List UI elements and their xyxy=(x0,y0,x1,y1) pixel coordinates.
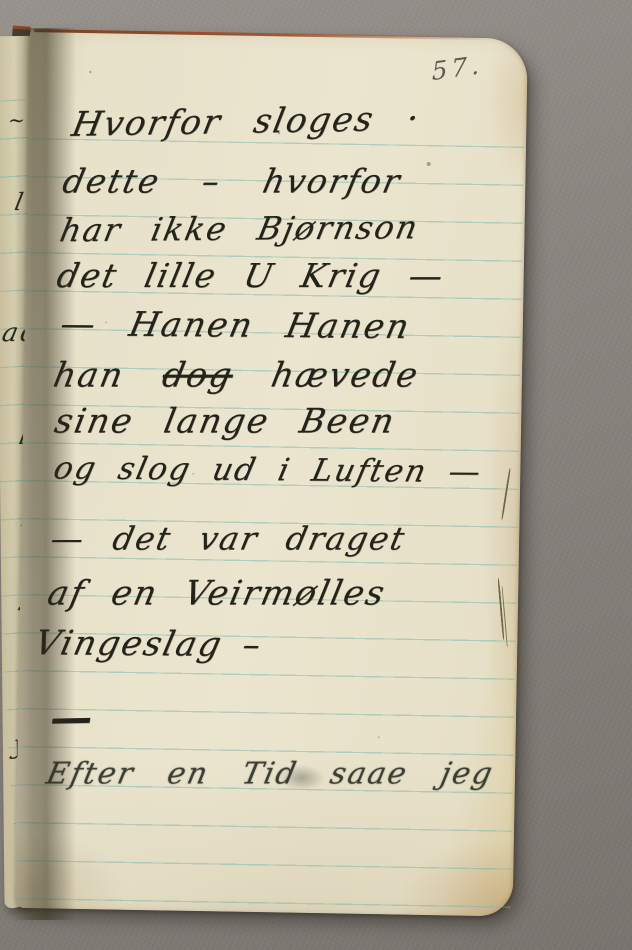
handwriting-line-4: det lille U Krig — xyxy=(54,256,449,295)
handwriting-word: hævede xyxy=(268,356,423,396)
handwriting-line-7: sine lange Been xyxy=(51,401,399,441)
photo-background: ~ l ad l - - y 57. Hvorfor sloges · dett… xyxy=(0,0,632,950)
handwriting-line-2: dette – hvorfor xyxy=(59,162,405,201)
handwriting-line-11: Vingeslag – xyxy=(31,623,267,665)
handwriting-dash: — xyxy=(50,692,95,742)
handwriting-line-5: — Hanen Hanen xyxy=(57,304,414,347)
handwriting-word: han xyxy=(50,356,128,396)
handwriting-line-6: han dog hævede xyxy=(50,356,423,396)
handwriting-line-10: af en Veirmølles xyxy=(44,573,390,613)
handwriting-line-8: og slog ud i Luften — xyxy=(50,450,486,490)
handwriting-line-13: Efter en Tid saae jeg xyxy=(43,756,497,791)
paper-specks xyxy=(89,71,91,73)
struck-through-word: dog xyxy=(159,356,237,396)
handwriting-line-3: har ikke Bjørnson xyxy=(57,208,423,249)
handwriting-line-9: — det var draget xyxy=(47,520,409,558)
page-number: 57. xyxy=(431,50,483,86)
notebook-page: 57. Hvorfor sloges · dette – hvorfor har… xyxy=(15,30,528,917)
handwriting-line-1: Hvorfor sloges · xyxy=(69,99,424,145)
